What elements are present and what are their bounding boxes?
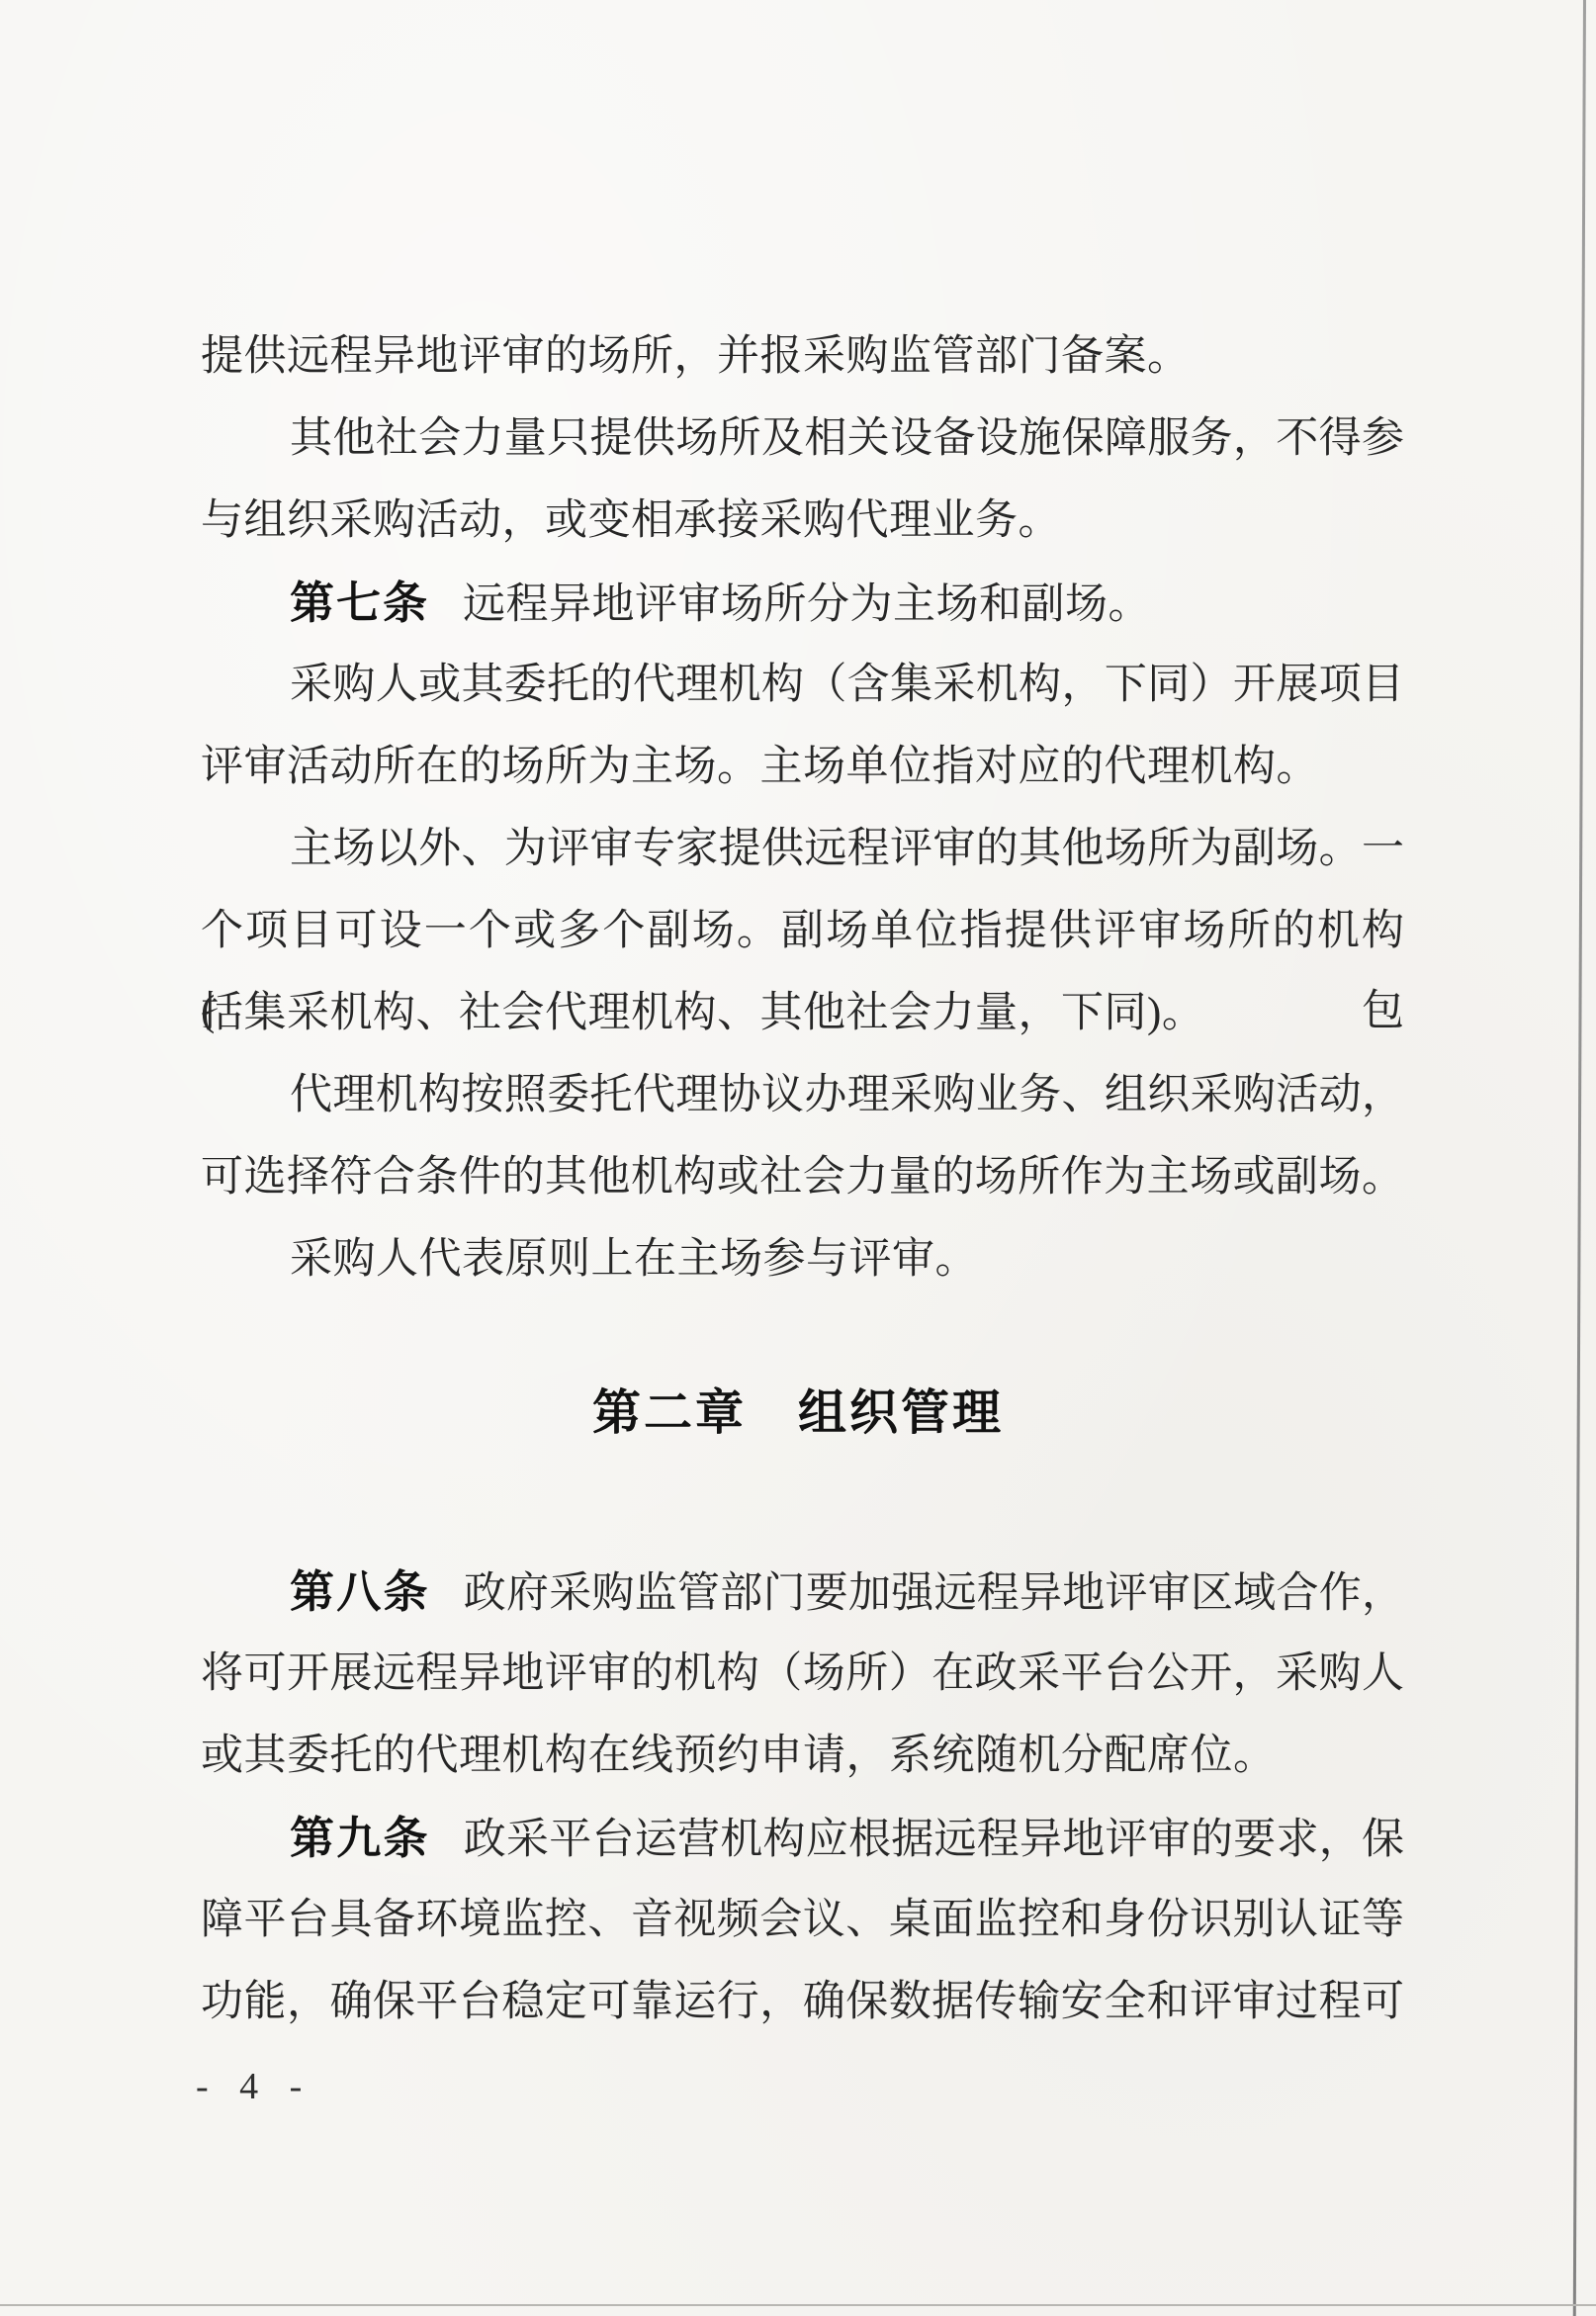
article-number-label: 第八条 (290, 1566, 430, 1617)
article-number-label: 第九条 (290, 1813, 430, 1863)
chapter-heading: 第二章 组织管理 (0, 1374, 1596, 1454)
text-line: 采购人代表原则上在主场参与评审。 (201, 1219, 1404, 1299)
text-line: 将可开展远程异地评审的机构（场所）在政采平台公开，采购人 (201, 1634, 1404, 1714)
text-line: 可选择符合条件的其他机构或社会力量的场所作为主场或副场。 (201, 1137, 1404, 1217)
article-text: 政采平台运营机构应根据远程异地评审的要求，保 (464, 1817, 1404, 1863)
text-line: 评审活动所在的场所为主场。主场单位指对应的代理机构。 (201, 727, 1404, 807)
document-page: 提供远程异地评审的场所，并报采购监管部门备案。 其他社会力量只提供场所及相关设备… (0, 0, 1596, 2316)
text-line: 功能，确保平台稳定可靠运行，确保数据传输安全和评审过程可 (201, 1962, 1404, 2042)
page-number: - 4 - (196, 2065, 312, 2108)
text-line: 提供远程异地评审的场所，并报采购监管部门备案。 (201, 316, 1404, 397)
article-number-label: 第七条 (290, 578, 429, 628)
text-line-article-7: 第七条远程异地评审场所分为主场和副场。 (201, 563, 1404, 643)
text-line: 其他社会力量只提供场所及相关设备设施保障服务，不得参 (201, 399, 1404, 479)
text-line: 采购人或其委托的代理机构（含集采机构，下同）开展项目 (201, 645, 1404, 725)
article-text: 远程异地评审场所分为主场和副场。 (463, 581, 1151, 628)
text-line-article-8: 第八条政府采购监管部门要加强远程异地评审区域合作， (201, 1552, 1404, 1632)
text-line: 与组织采购活动，或变相承接采购代理业务。 (201, 481, 1404, 561)
text-line: 个项目可设一个或多个副场。副场单位指提供评审场所的机构(包 (201, 891, 1404, 971)
bottom-scan-artifact-line (0, 2304, 1596, 2306)
text-line: 代理机构按照委托代理协议办理采购业务、组织采购活动， (201, 1055, 1404, 1135)
article-text: 政府采购监管部门要加强远程异地评审区域合作， (464, 1570, 1404, 1617)
text-line: 主场以外、为评审专家提供远程评审的其他场所为副场。一 (201, 809, 1404, 889)
text-line: 或其委托的代理机构在线预约申请，系统随机分配席位。 (201, 1716, 1404, 1796)
text-line-article-9: 第九条政采平台运营机构应根据远程异地评审的要求，保 (201, 1798, 1404, 1878)
text-line: 障平台具备环境监控、音视频会议、桌面监控和身份识别认证等 (201, 1880, 1404, 1960)
right-scan-artifact-line (1573, 0, 1586, 2316)
text-line: 括集采机构、社会代理机构、其他社会力量，下同)。 (201, 973, 1404, 1053)
